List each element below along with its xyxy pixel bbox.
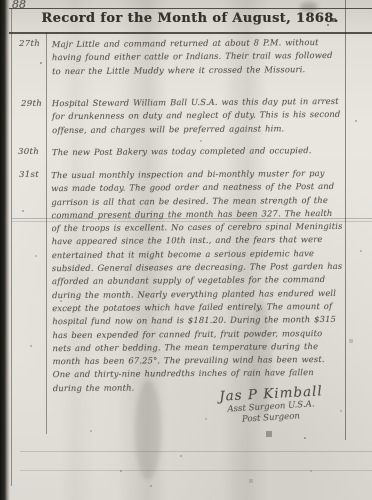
journal-entry: The usual monthly inspection and bi-mont…: [51, 167, 345, 395]
day-column-rule: [46, 32, 47, 434]
left-margin-rule: [11, 8, 12, 486]
signature-block: Jas P Kimball Asst Surgeon U.S.A. Post S…: [188, 386, 354, 423]
scanned-ledger-page: 88 Record for the Month of August, 1868.…: [0, 0, 372, 500]
book-binding-edge: [0, 0, 10, 500]
faint-ruled-line: [20, 451, 372, 452]
right-margin-rule: [345, 0, 346, 440]
header-top-rule: [9, 8, 372, 9]
header-bottom-rule: [9, 32, 372, 34]
faint-ruled-line: [20, 470, 372, 471]
entry-day: 27th: [19, 39, 40, 49]
journal-entry: Hospital Steward William Ball U.S.A. was…: [52, 95, 344, 137]
entry-day: 30th: [18, 147, 39, 157]
journal-entry: The new Post Bakery was today completed …: [52, 144, 344, 160]
entry-day: 31st: [19, 170, 39, 180]
entry-day: 29th: [21, 99, 42, 109]
paper-smudge: [135, 380, 161, 480]
page-title: Record for the Month of August, 1868.: [12, 11, 368, 26]
journal-entry: Majr Little and command returned at abou…: [52, 36, 344, 78]
folio-number: 88: [12, 0, 26, 11]
